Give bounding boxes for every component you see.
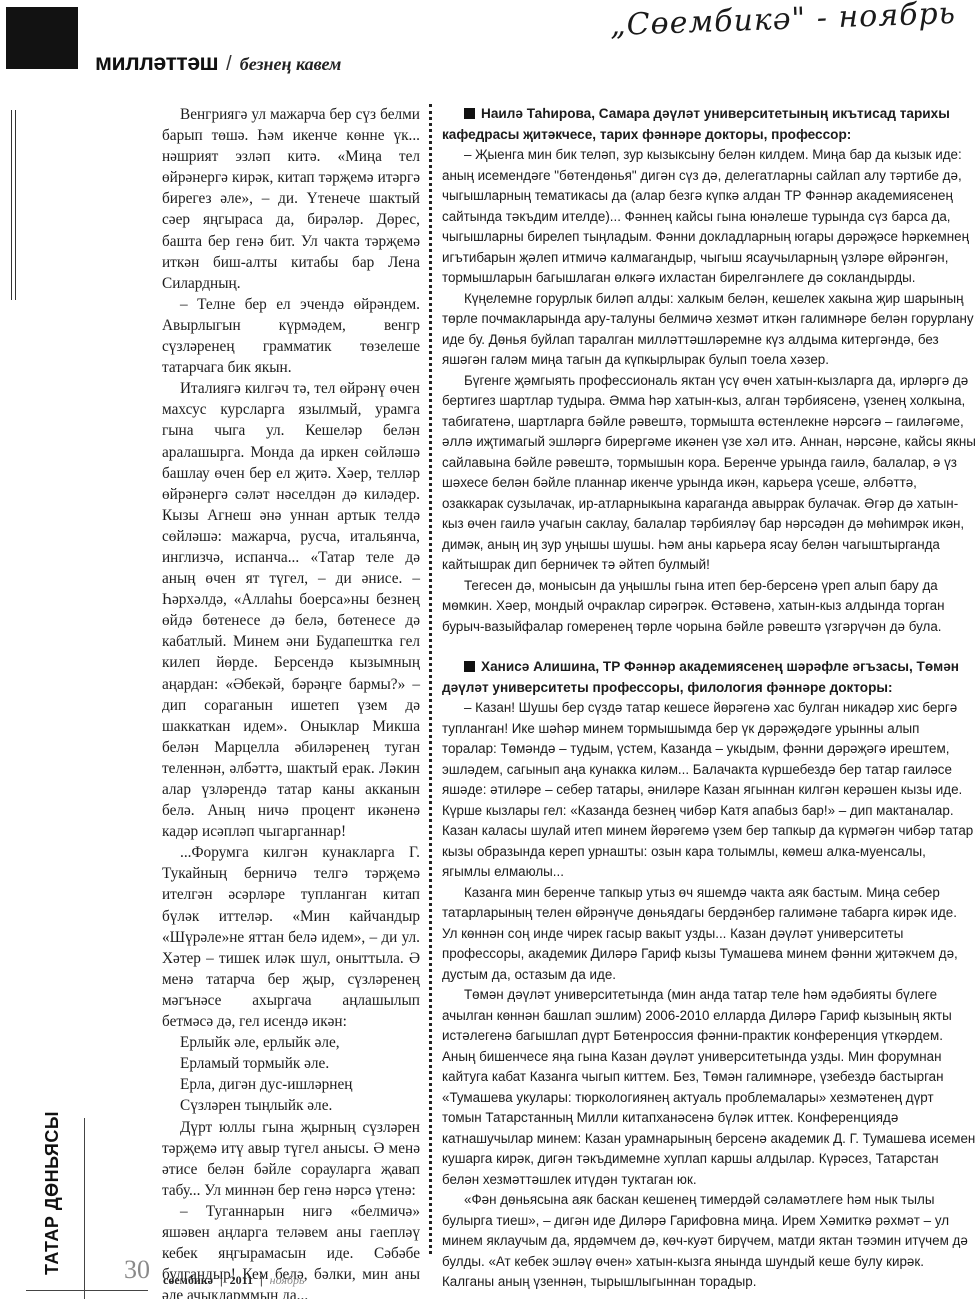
paragraph: – Телне бер ел эчендә өйрәндем. Авырлыгы… bbox=[162, 294, 420, 378]
verse-line: Ерлыйк әле, ерлыйк әле, bbox=[162, 1032, 420, 1053]
right-column: Наилә Таһирова, Самара дәүләт университе… bbox=[442, 104, 976, 1293]
paragraph: Бүгенге җәмгыять профессиональ яктан үсү… bbox=[442, 371, 976, 576]
speaker-heading: Наилә Таһирова, Самара дәүләт университе… bbox=[442, 104, 976, 145]
section-color-block bbox=[6, 7, 78, 69]
issue-month: ноябрь bbox=[270, 1273, 305, 1287]
square-bullet-icon bbox=[464, 661, 475, 672]
issue-year: 2011 bbox=[230, 1273, 253, 1287]
section-subtitle: безнең кавем bbox=[240, 54, 342, 75]
margin-rule bbox=[11, 110, 12, 300]
handwritten-note: „Сөембикә" - ноябрь bbox=[609, 0, 956, 43]
paragraph: Күңелемне горурлык биләп алды: халкым бе… bbox=[442, 289, 976, 371]
paragraph: Венгриягә ул мажарча бер сүз белми барып… bbox=[162, 104, 420, 294]
margin-rule bbox=[15, 110, 16, 300]
column-divider bbox=[429, 104, 432, 1254]
magazine-name: сөембикә bbox=[163, 1273, 213, 1287]
spacer bbox=[442, 637, 976, 657]
section-header: милләттәш / безнең кавем bbox=[95, 49, 341, 76]
paragraph: Дүрт юллы гына җырның сүзләрен тәрҗемә и… bbox=[162, 1117, 420, 1201]
verse-line: Ерла, дигән дус-ишләрнең bbox=[162, 1074, 420, 1095]
rubric-label: ТАТАР ДӨНЬЯСЫ bbox=[42, 1111, 63, 1275]
page-number: 30 bbox=[124, 1255, 150, 1285]
paragraph: ...Форумга килгән кунакларга Г. Тукайның… bbox=[162, 842, 420, 1032]
square-bullet-icon bbox=[464, 108, 475, 119]
rubric-rule bbox=[84, 1118, 85, 1299]
paragraph: – Җыенга мин бик теләп, зур кызыксыну бе… bbox=[442, 145, 976, 289]
speaker-name: Наилә Таһирова, Самара дәүләт университе… bbox=[442, 106, 950, 142]
verse-line: Ерламый тормыйк әле. bbox=[162, 1053, 420, 1074]
paragraph: Казанга мин беренче тапкыр утыз өч яшемд… bbox=[442, 883, 976, 986]
paragraph: Төмән дәүләт университетында (мин анда т… bbox=[442, 985, 976, 1190]
footer: сөембикә | 2011 | ноябрь bbox=[163, 1273, 305, 1288]
paragraph: Тегесен дә, монысын да уңышлы гына итеп … bbox=[442, 576, 976, 638]
speaker-heading: Ханисә Алишина, ТР Фәннәр академиясенең … bbox=[442, 657, 976, 698]
speaker-name: Ханисә Алишина, ТР Фәннәр академиясенең … bbox=[442, 659, 959, 695]
section-title: милләттәш bbox=[95, 49, 218, 76]
footer-separator: | bbox=[260, 1273, 263, 1287]
verse-line: Сүзләрен тыңлыйк әле. bbox=[162, 1095, 420, 1116]
footer-rule bbox=[26, 1290, 148, 1291]
footer-separator: | bbox=[220, 1273, 223, 1287]
left-column: Венгриягә ул мажарча бер сүз белми барып… bbox=[162, 104, 420, 1299]
section-separator: / bbox=[226, 53, 232, 76]
paragraph: Италиягә килгәч тә, тел өйрәнү өчен махс… bbox=[162, 378, 420, 842]
paragraph: «Фән дөньясына аяк баскан кешенең тимерд… bbox=[442, 1190, 976, 1293]
paragraph: – Казан! Шушы бер сүздә татар кешесе йөр… bbox=[442, 698, 976, 883]
